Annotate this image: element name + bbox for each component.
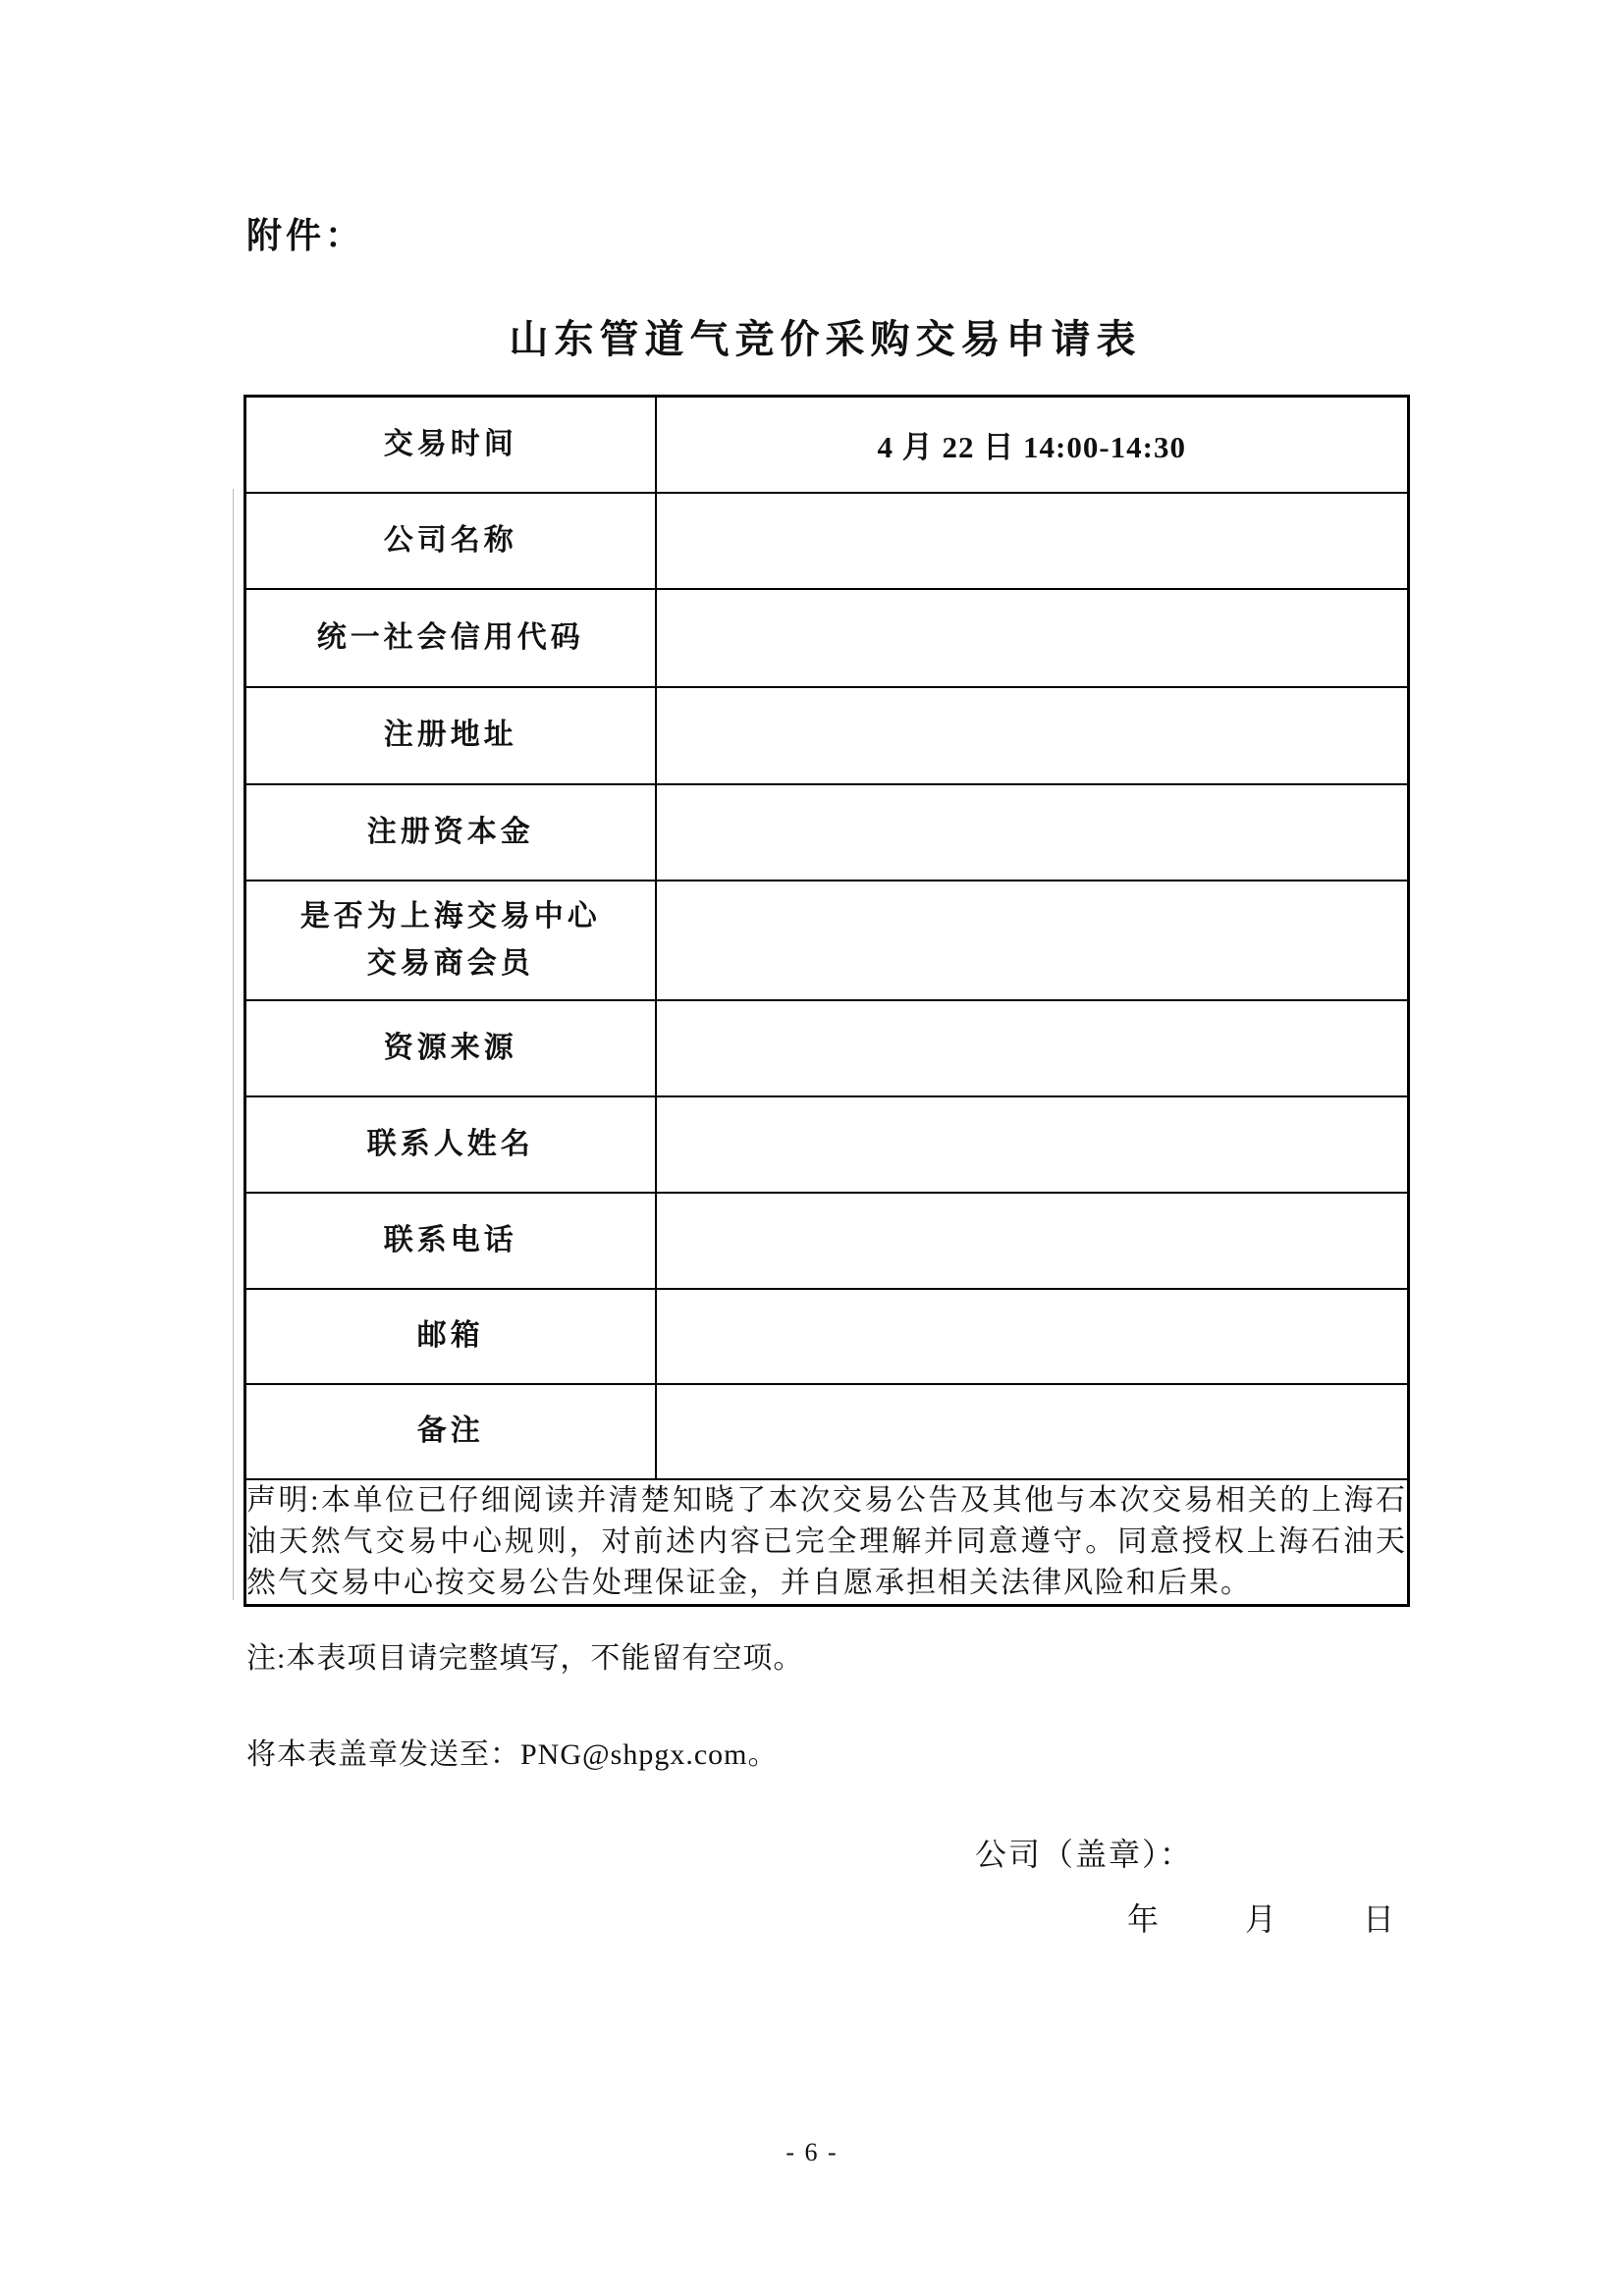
row-value-cell: 4 月 22 日 14:00-14:30 <box>656 397 1409 493</box>
document-title: 山东管道气竞价采购交易申请表 <box>244 308 1407 364</box>
document-page: 附件： 山东管道气竞价采购交易申请表 交易时间 4 月 22 日 14:00-1… <box>0 0 1624 2296</box>
note-text: 注:本表项目请完整填写，不能留有空项。 <box>246 1633 803 1677</box>
row-label-cell: 交易时间 <box>245 397 656 493</box>
send-instruction-text: 将本表盖章发送至：PNG@shpgx.com。 <box>246 1730 778 1773</box>
row-value-cell <box>656 1289 1409 1384</box>
row-label-cell: 注册地址 <box>245 687 656 784</box>
row-value-cell <box>656 1193 1409 1289</box>
row-value-cell <box>656 881 1409 1000</box>
attachment-label: 附件： <box>246 208 364 258</box>
row-value-cell <box>656 493 1409 589</box>
table-row: 公司名称 <box>245 493 1409 589</box>
declaration-row: 声明:本单位已仔细阅读并清楚知晓了本次交易公告及其他与本次交易相关的上海石油天然… <box>245 1479 1409 1606</box>
row-value-cell <box>656 784 1409 881</box>
row-label-cell: 统一社会信用代码 <box>245 589 656 687</box>
table-row: 备注 <box>245 1384 1409 1479</box>
date-month-label: 月 <box>1245 1895 1276 1940</box>
row-value-cell <box>656 1096 1409 1193</box>
row-label-line: 交易商会员 <box>246 940 655 988</box>
row-value-cell <box>656 589 1409 687</box>
table-row: 联系人姓名 <box>245 1096 1409 1193</box>
application-table: 交易时间 4 月 22 日 14:00-14:30 公司名称 统一社会信用代码 … <box>244 395 1410 1607</box>
row-value-cell <box>656 1000 1409 1096</box>
table-row: 资源来源 <box>245 1000 1409 1096</box>
table-row: 注册地址 <box>245 687 1409 784</box>
row-label-cell: 资源来源 <box>245 1000 656 1096</box>
row-value-cell <box>656 1384 1409 1479</box>
table-row: 交易时间 4 月 22 日 14:00-14:30 <box>245 397 1409 493</box>
row-label-cell: 邮箱 <box>245 1289 656 1384</box>
table-row: 注册资本金 <box>245 784 1409 881</box>
declaration-cell: 声明:本单位已仔细阅读并清楚知晓了本次交易公告及其他与本次交易相关的上海石油天然… <box>245 1479 1409 1606</box>
company-seal-label: 公司（盖章）： <box>975 1830 1193 1875</box>
date-year-label: 年 <box>1127 1895 1159 1940</box>
row-label-cell: 是否为上海交易中心 交易商会员 <box>245 881 656 1000</box>
scan-artifact-line <box>233 489 234 1600</box>
table-row: 邮箱 <box>245 1289 1409 1384</box>
row-label-line: 是否为上海交易中心 <box>246 893 655 940</box>
date-line: 年 月 日 <box>1127 1895 1394 1940</box>
row-label-cell: 公司名称 <box>245 493 656 589</box>
page-number: - 6 - <box>0 2138 1624 2167</box>
date-day-label: 日 <box>1363 1895 1394 1940</box>
row-value-cell <box>656 687 1409 784</box>
row-label-cell: 联系人姓名 <box>245 1096 656 1193</box>
table-row: 联系电话 <box>245 1193 1409 1289</box>
row-label-cell: 注册资本金 <box>245 784 656 881</box>
table-row: 是否为上海交易中心 交易商会员 <box>245 881 1409 1000</box>
row-label-cell: 联系电话 <box>245 1193 656 1289</box>
row-label-cell: 备注 <box>245 1384 656 1479</box>
table-row: 统一社会信用代码 <box>245 589 1409 687</box>
